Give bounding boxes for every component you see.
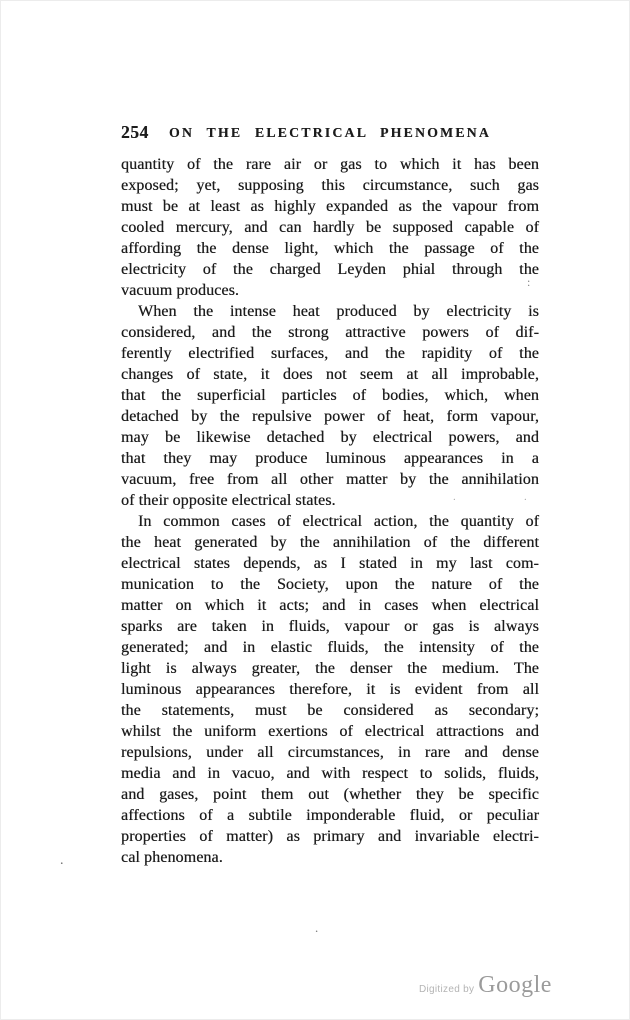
text-line: the statements, must be considered as se…: [121, 700, 539, 721]
text-block: quantity of the rare air or gas to which…: [121, 154, 539, 868]
text-line: generated; and in elastic fluids, the in…: [121, 637, 539, 658]
text-line: properties of matter) as primary and inv…: [121, 826, 539, 847]
paragraph-3: In common cases of electrical action, th…: [121, 511, 539, 868]
text-line: that the superficial particles of bodies…: [121, 385, 539, 406]
text-line: In common cases of electrical action, th…: [121, 511, 539, 532]
text-line: may be likewise detached by electrical p…: [121, 427, 539, 448]
text-line: matter on which it acts; and in cases wh…: [121, 595, 539, 616]
text-line: vacuum, free from all other matter by th…: [121, 469, 539, 490]
text-line: affording the dense light, which the pas…: [121, 238, 539, 259]
text-line: electricity of the charged Leyden phial …: [121, 259, 539, 280]
text-line: vacuum produces.: [121, 280, 539, 301]
text-line: cal phenomena.: [121, 847, 539, 868]
text-line: exposed; yet, supposing this circumstanc…: [121, 175, 539, 196]
paragraph-2: When the intense heat produced by electr…: [121, 301, 539, 511]
google-logo: Google: [478, 972, 552, 999]
scan-speck: .: [60, 854, 64, 868]
scan-speck: .: [315, 921, 318, 934]
page-header: 254 ON THE ELECTRICAL PHENOMENA: [121, 122, 539, 142]
scan-speck: .: [524, 492, 527, 503]
text-line: light is always greater, the denser the …: [121, 658, 539, 679]
text-line: must be at least as highly expanded as t…: [121, 196, 539, 217]
running-title: ON THE ELECTRICAL PHENOMENA: [121, 125, 539, 141]
text-line: munication to the Society, upon the natu…: [121, 574, 539, 595]
text-line: repulsions, under all circumstances, in …: [121, 742, 539, 763]
text-line: and gases, point them out (whether they …: [121, 784, 539, 805]
text-line: electrical states depends, as I stated i…: [121, 553, 539, 574]
text-line: considered, and the strong attractive po…: [121, 322, 539, 343]
text-line: changes of state, it does not seem at al…: [121, 364, 539, 385]
text-line: media and in vacuo, and with respect to …: [121, 763, 539, 784]
text-line: detached by the repulsive power of heat,…: [121, 406, 539, 427]
text-line: of their opposite electrical states.: [121, 490, 539, 511]
scan-speck: :: [527, 276, 530, 288]
text-line: When the intense heat produced by electr…: [121, 301, 539, 322]
text-line: sparks are taken in fluids, vapour or ga…: [121, 616, 539, 637]
text-line: ferently electrified surfaces, and the r…: [121, 343, 539, 364]
text-line: affections of a subtile imponderable flu…: [121, 805, 539, 826]
book-page-scan: 254 ON THE ELECTRICAL PHENOMENA quantity…: [0, 0, 630, 1020]
scan-speck: .: [453, 492, 456, 503]
watermark: Digitized by Google: [419, 972, 552, 999]
paragraph-1: quantity of the rare air or gas to which…: [121, 154, 539, 301]
text-line: cooled mercury, and can hardly be suppos…: [121, 217, 539, 238]
text-line: the heat generated by the annihilation o…: [121, 532, 539, 553]
text-line: quantity of the rare air or gas to which…: [121, 154, 539, 175]
text-line: whilst the uniform exertions of electric…: [121, 721, 539, 742]
text-line: luminous appearances therefore, it is ev…: [121, 679, 539, 700]
text-line: that they may produce luminous appearanc…: [121, 448, 539, 469]
watermark-prefix: Digitized by: [419, 984, 474, 995]
